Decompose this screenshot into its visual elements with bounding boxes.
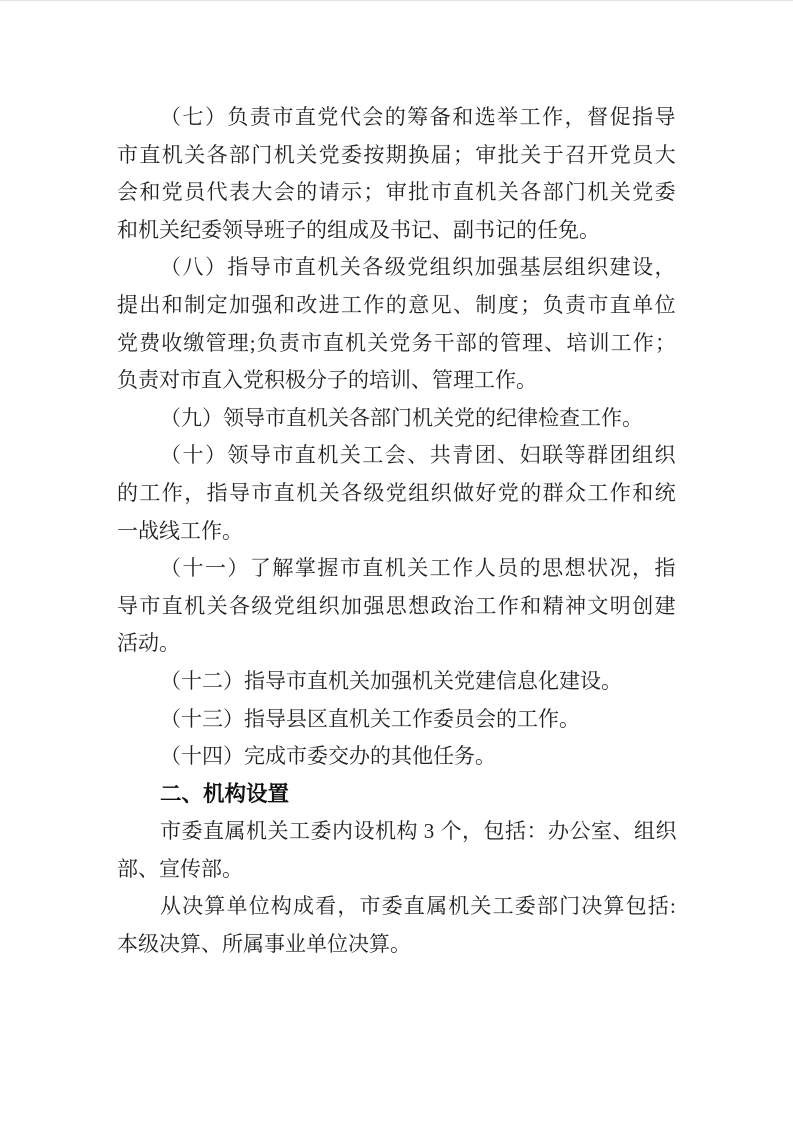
paragraph: 从决算单位构成看，市委直属机关工委部门决算包括: 本级决算、所属事业单位决算。	[117, 888, 677, 963]
text-line: （十二）指导市直机关加强机关党建信息化建设。	[117, 663, 677, 701]
text-line: 市委直属机关工委内设机构 3 个，包括：办公室、组织	[117, 813, 677, 851]
text-line: 本级决算、所属事业单位决算。	[117, 926, 677, 964]
paragraph: （八）指导市直机关各级党组织加强基层组织建设， 提出和制定加强和改进工作的意见、…	[117, 249, 677, 399]
paragraph: （十三）指导县区直机关工作委员会的工作。	[117, 701, 677, 739]
text-line: （七）负责市直党代会的筹备和选举工作，督促指导	[117, 99, 677, 137]
text-line: （十四）完成市委交办的其他任务。	[117, 738, 677, 776]
paragraph: （九）领导市直机关各部门机关党的纪律检查工作。	[117, 400, 677, 438]
page-top-edge	[0, 0, 793, 1]
paragraph: 市委直属机关工委内设机构 3 个，包括：办公室、组织 部、宣传部。	[117, 813, 677, 888]
paragraph: （十一）了解掌握市直机关工作人员的思想状况，指 导市直机关各级党组织加强思想政治…	[117, 550, 677, 663]
section-heading: 二、机构设置	[117, 776, 677, 814]
text-line: （十三）指导县区直机关工作委员会的工作。	[117, 701, 677, 739]
text-line: 会和党员代表大会的请示；审批市直机关各部门机关党委	[117, 174, 677, 212]
text-line: 和机关纪委领导班子的组成及书记、副书记的任免。	[117, 212, 677, 250]
text-line: 活动。	[117, 625, 677, 663]
text-line: 市直机关各部门机关党委按期换届；审批关于召开党员大	[117, 137, 677, 175]
text-line: 部、宣传部。	[117, 851, 677, 889]
paragraph: （十二）指导市直机关加强机关党建信息化建设。	[117, 663, 677, 701]
paragraph: （十）领导市直机关工会、共青团、妇联等群团组织 的工作，指导市直机关各级党组织做…	[117, 437, 677, 550]
document-page: （七）负责市直党代会的筹备和选举工作，督促指导 市直机关各部门机关党委按期换届；…	[0, 0, 793, 1122]
text-line: 提出和制定加强和改进工作的意见、制度；负责市直单位	[117, 287, 677, 325]
text-line: 负责对市直入党积极分子的培训、管理工作。	[117, 362, 677, 400]
paragraph: （十四）完成市委交办的其他任务。	[117, 738, 677, 776]
document-body: （七）负责市直党代会的筹备和选举工作，督促指导 市直机关各部门机关党委按期换届；…	[117, 99, 677, 964]
paragraph: （七）负责市直党代会的筹备和选举工作，督促指导 市直机关各部门机关党委按期换届；…	[117, 99, 677, 249]
text-line: （十一）了解掌握市直机关工作人员的思想状况，指	[117, 550, 677, 588]
text-line: （十）领导市直机关工会、共青团、妇联等群团组织	[117, 437, 677, 475]
text-line: （九）领导市直机关各部门机关党的纪律检查工作。	[117, 400, 677, 438]
text-line: 从决算单位构成看，市委直属机关工委部门决算包括:	[117, 888, 677, 926]
text-line: 的工作，指导市直机关各级党组织做好党的群众工作和统	[117, 475, 677, 513]
text-line: （八）指导市直机关各级党组织加强基层组织建设，	[117, 249, 677, 287]
text-line: 党费收缴管理;负责市直机关党务干部的管理、培训工作；	[117, 325, 677, 363]
text-line: 导市直机关各级党组织加强思想政治工作和精神文明创建	[117, 588, 677, 626]
text-line: 一战线工作。	[117, 513, 677, 551]
